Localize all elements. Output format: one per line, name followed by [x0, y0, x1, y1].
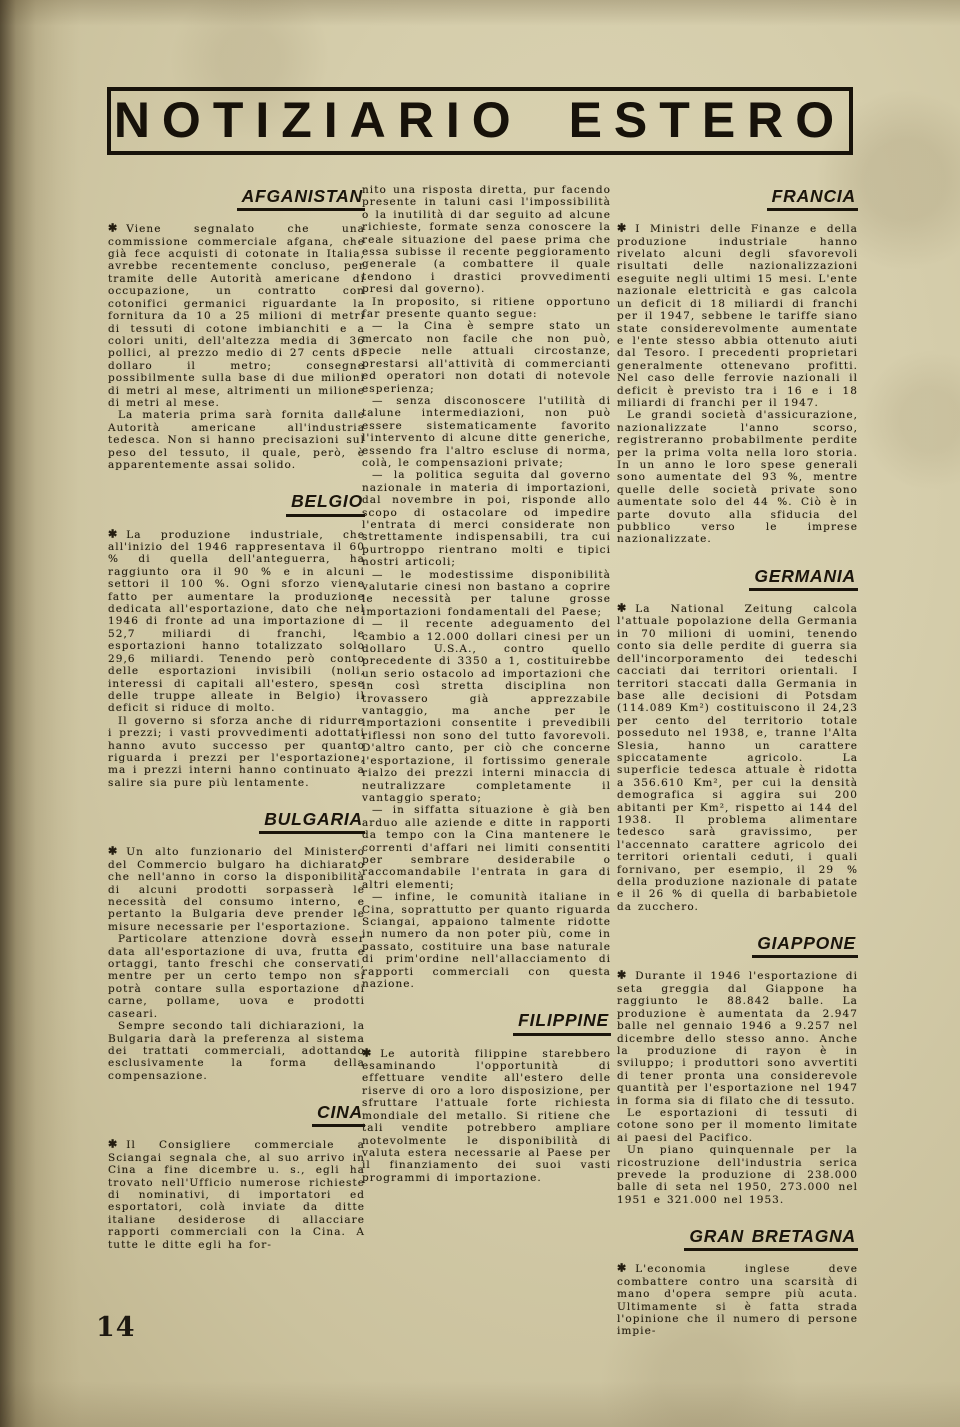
paragraph: Particolare attenzione dovrà esser data …: [108, 933, 365, 1020]
paragraph: — in siffatta situazione è già ben arduo…: [362, 804, 611, 891]
page-number: 14: [96, 1312, 136, 1343]
star-icon: ✱: [108, 528, 118, 540]
section-title-francia: FRANCIA: [617, 187, 858, 211]
star-icon: ✱: [617, 603, 627, 615]
column-right: FRANCIA✱I Ministri delle Finanze e della…: [617, 182, 858, 1338]
paragraph: Le esportazioni di tessuti di cotone son…: [617, 1107, 858, 1144]
section-title-cina: CINA: [108, 1103, 365, 1127]
paragraph: ✱La National Zeitung calcola l'attuale p…: [617, 603, 858, 913]
paragraph: In proposito, si ritiene opportuno far p…: [362, 296, 611, 321]
section-title-gran-bretagna: GRAN BRETAGNA: [617, 1227, 858, 1251]
paragraph: Il governo si sforza anche di ridurre i …: [108, 715, 365, 789]
section-title-giappone: GIAPPONE: [617, 934, 858, 958]
star-icon: ✱: [108, 223, 118, 235]
paragraph: ✱L'economia inglese deve combattere cont…: [617, 1263, 858, 1337]
section-title-filippine: FILIPPINE: [362, 1011, 611, 1035]
paragraph: — infine, le comunità italiane in Cina, …: [362, 891, 611, 990]
paragraph: — la politica seguita dal governo nazion…: [362, 469, 611, 568]
star-icon: ✱: [108, 846, 118, 858]
paragraph: nito una risposta diretta, pur facendo p…: [362, 184, 611, 296]
column-center: nito una risposta diretta, pur facendo p…: [362, 184, 611, 1184]
star-icon: ✱: [362, 1047, 372, 1059]
paragraph: — il recente adeguamento del cambio a 12…: [362, 618, 611, 804]
paragraph: ✱Il Consigliere commerciale a Sciangai s…: [108, 1139, 365, 1251]
section-title-afganistan: AFGANISTAN: [108, 187, 365, 211]
section-title-belgio: BELGIO: [108, 492, 365, 516]
paragraph: ✱Le autorità filippine starebbero esamin…: [362, 1048, 611, 1184]
paragraph: ✱La produzione industriale, che all'iniz…: [108, 529, 365, 715]
paragraph: — senza disconoscere l'utilità di talune…: [362, 395, 611, 469]
paragraph: — la Cina è sempre stato un mercato non …: [362, 320, 611, 394]
column-left: AFGANISTAN✱Viene segnalato che una commi…: [108, 182, 365, 1251]
paragraph: Sempre secondo tali dichiarazioni, la Bu…: [108, 1020, 365, 1082]
paragraph: ✱Viene segnalato che una commissione com…: [108, 223, 365, 409]
paragraph: ✱Un alto funzionario del Ministero del C…: [108, 846, 365, 933]
paragraph: ✱I Ministri delle Finanze e della produz…: [617, 223, 858, 409]
star-icon: ✱: [617, 1263, 627, 1275]
paragraph: — le modestissime disponibilità valutari…: [362, 569, 611, 619]
paragraph: La materia prima sarà fornita dalle Auto…: [108, 409, 365, 471]
star-icon: ✱: [617, 223, 627, 235]
section-title-germania: GERMANIA: [617, 567, 858, 591]
paragraph: Le grandi società d'assicurazione, nazio…: [617, 409, 858, 545]
paragraph: ✱Durante il 1946 l'esportazione di seta …: [617, 970, 858, 1106]
columns-container: AFGANISTAN✱Viene segnalato che una commi…: [0, 0, 960, 1427]
star-icon: ✱: [617, 970, 627, 982]
paragraph: Un piano quinquennale per la ricostruzio…: [617, 1144, 858, 1206]
star-icon: ✱: [108, 1139, 118, 1151]
section-title-bulgaria: BULGARIA: [108, 810, 365, 834]
